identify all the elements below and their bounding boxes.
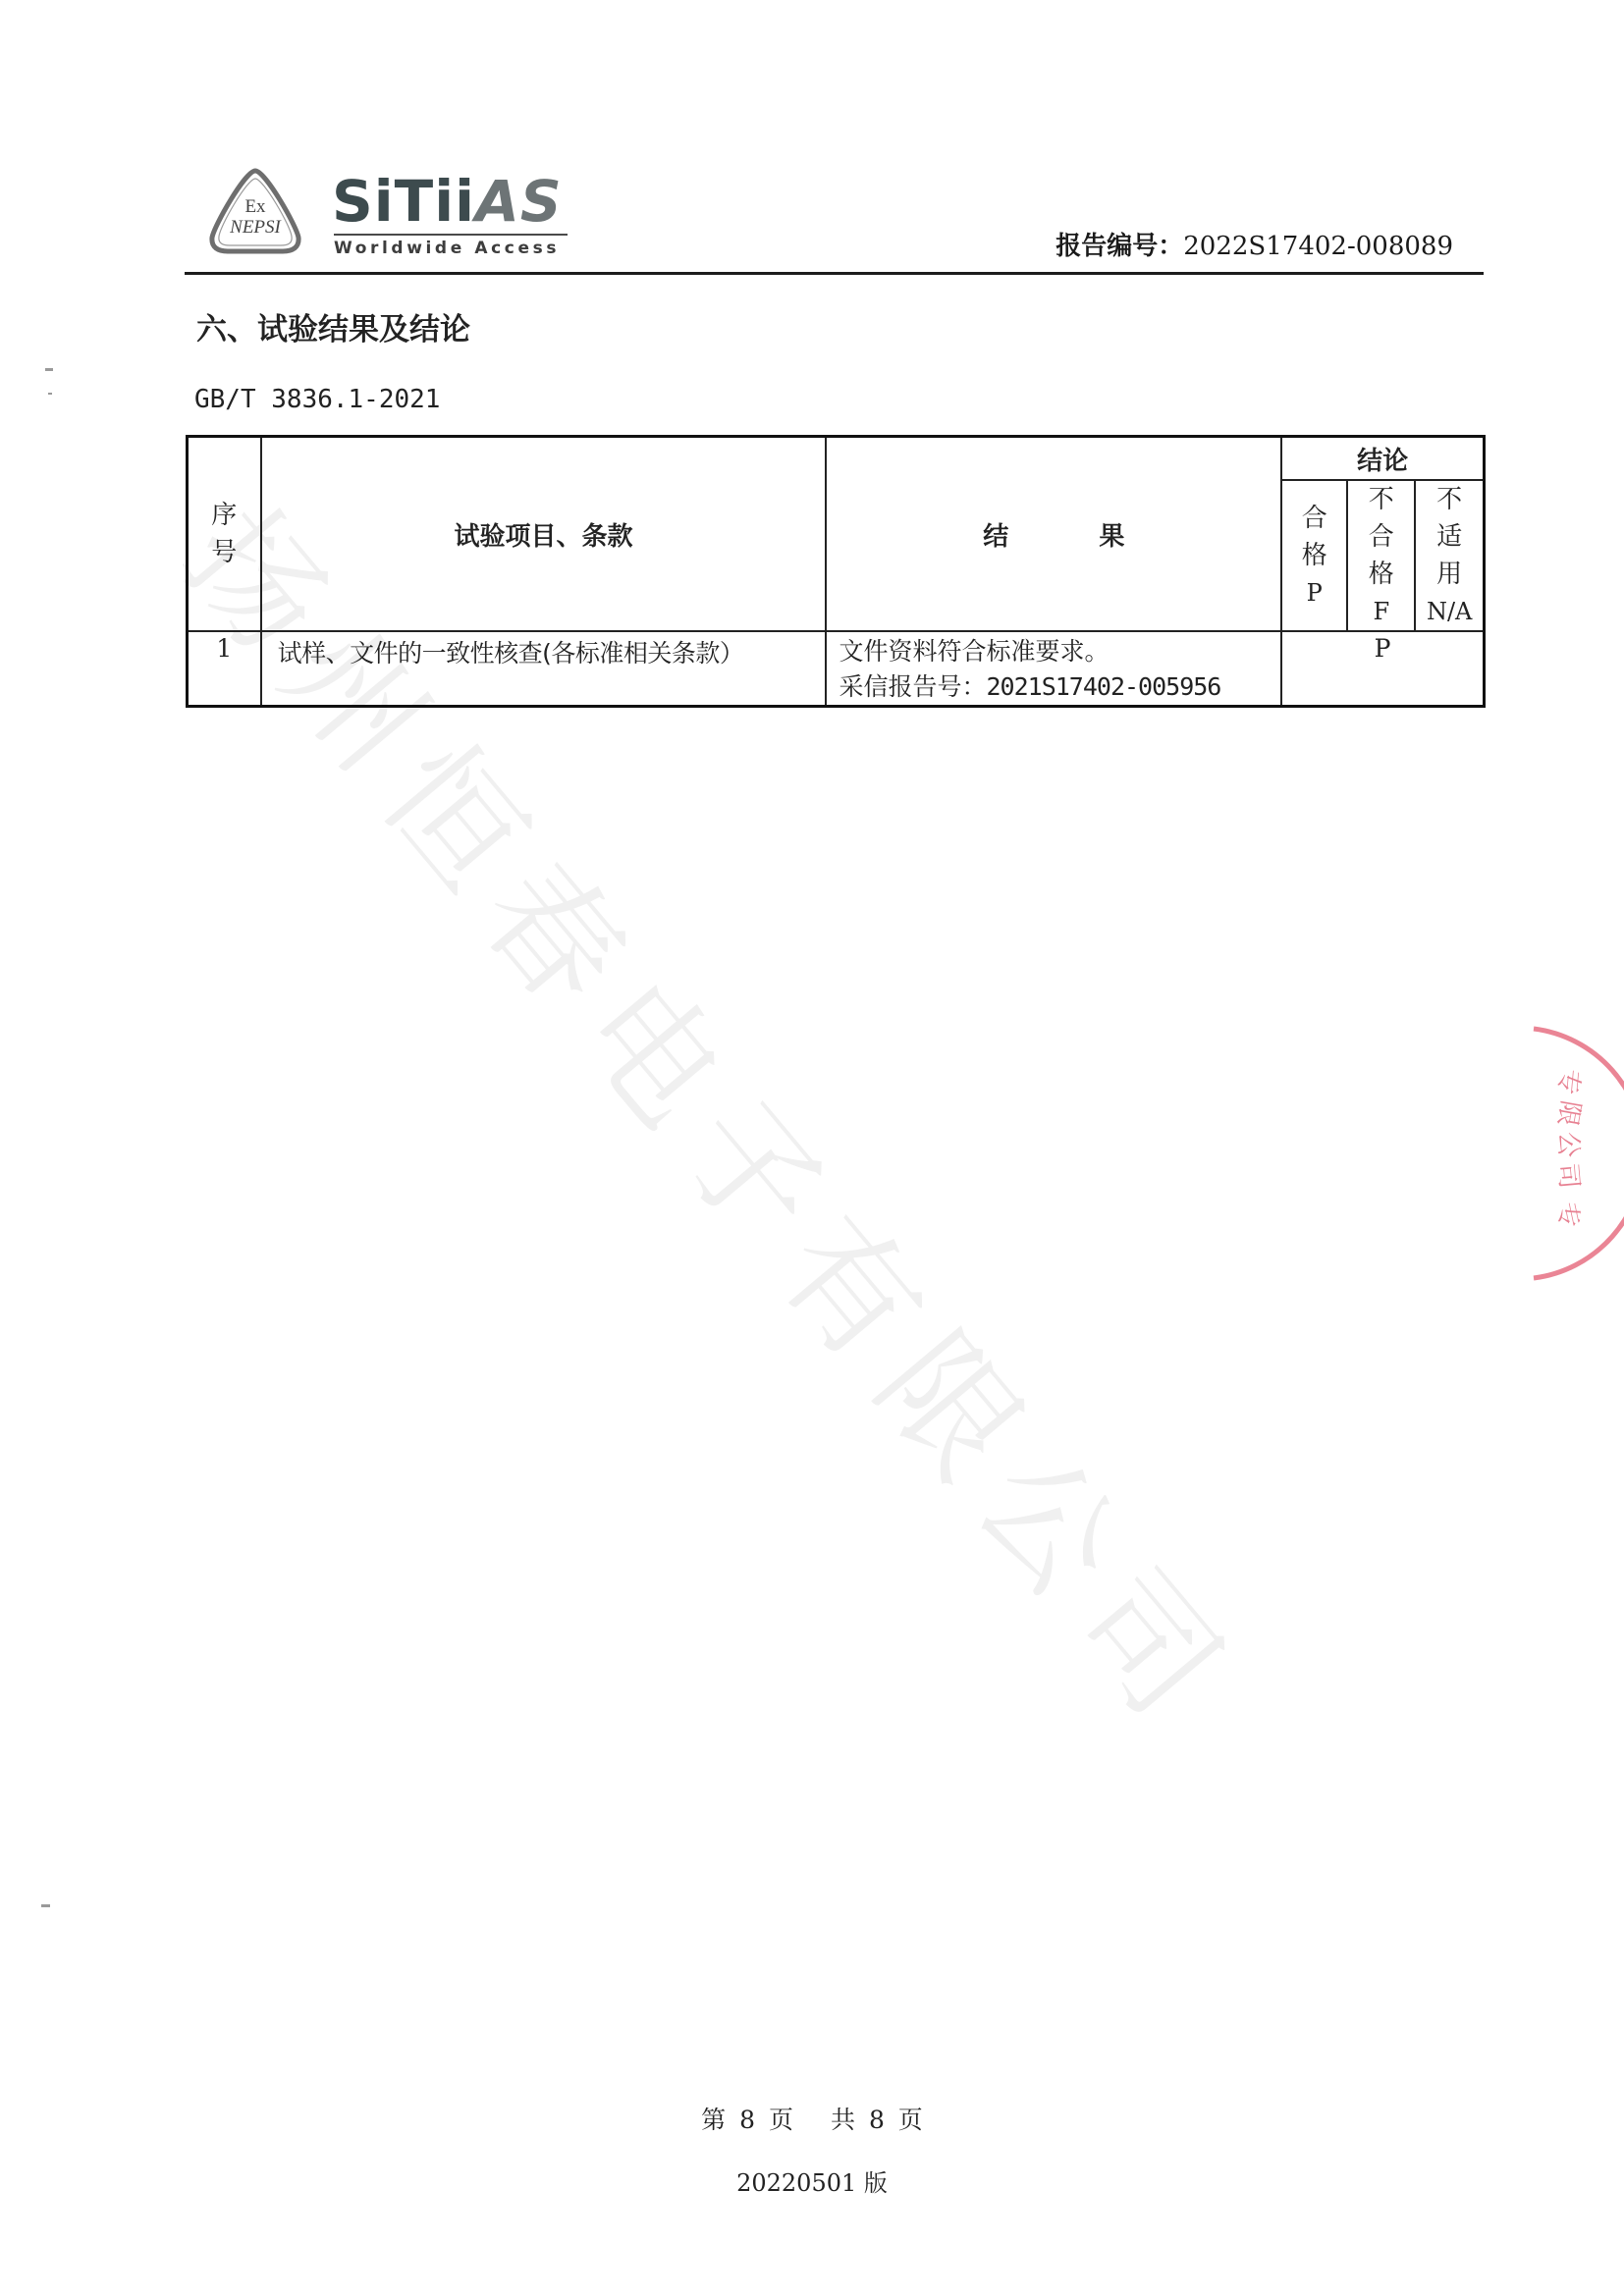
header-na-code: N/A [1416,593,1483,630]
row-test-item: 试样、文件的一致性核查(各标准相关条款） [261,631,827,707]
sitiias-logo: SiTiiAS Worldwide Access [332,177,568,258]
row-result-line1: 文件资料符合标准要求。 [839,634,1280,669]
page-total: 8 [869,2106,885,2134]
seal-char: 专 [1551,1068,1585,1100]
adopted-report-number: 2021S17402-005956 [986,672,1220,701]
form-version: 20220501 版 [0,2163,1624,2198]
report-number-value: 2022S17402-008089 [1183,232,1453,261]
header-fail-char: 格 [1348,556,1414,593]
row-conclusion: P [1281,631,1484,707]
header-fail: 不合格F [1347,480,1415,631]
header-fail-code: F [1348,593,1414,630]
emblem-ex: Ex [206,196,304,217]
row-result: 文件资料符合标准要求。 采信报告号：2021S17402-005956 [826,631,1281,707]
table-row: 1 试样、文件的一致性核查(各标准相关条款） 文件资料符合标准要求。 采信报告号… [188,631,1485,707]
header-test-item: 试验项目、条款 [261,437,827,632]
emblem-nepsi: NEPSI [206,217,304,238]
report-number-label: 报告编号： [1056,232,1183,261]
scan-speck [41,1904,50,1907]
header-na-char: 用 [1416,556,1483,593]
seal-char: 限 [1550,1097,1587,1132]
nepsi-emblem-logo: Ex NEPSI [206,167,304,255]
header-divider [185,272,1484,275]
standard-id: GB/T 3836.1-2021 [194,385,440,414]
page-prefix: 第 [701,2106,726,2134]
brand-name: SiTiiAS [332,177,568,228]
brand-name-part2: AS [475,168,563,235]
page-current: 8 [739,2106,755,2134]
seal-text: 专 限 公 司 专 [1553,1068,1583,1233]
page-indicator: 第 8 页 共 8 页 [0,2101,1624,2136]
page-suffix: 页 [769,2106,793,2134]
row-no: 1 [188,631,261,707]
header-no-char: 号 [189,534,260,571]
seal-char: 专 [1549,1200,1587,1235]
header-no: 序号 [188,437,261,632]
row-result-line2: 采信报告号：2021S17402-005956 [839,669,1280,705]
seal-char: 公 [1551,1131,1584,1161]
scan-speck [48,393,52,395]
header-result: 结果 [826,437,1281,632]
header-pass-char: 格 [1282,537,1346,574]
section-title: 六、试验结果及结论 [196,304,470,348]
total-prefix: 共 [831,2106,855,2134]
header-result-char: 结 [983,522,1008,552]
header-fail-char: 合 [1348,518,1414,556]
scan-speck [45,368,53,371]
seal-char: 司 [1551,1162,1585,1195]
total-suffix: 页 [898,2106,923,2134]
header-conclusion: 结论 [1281,437,1484,481]
brand-name-part1: SiTii [332,168,475,235]
header-no-char: 序 [189,497,260,534]
header-pass-char: 合 [1282,500,1346,537]
table-header-row: 序号 试验项目、条款 结果 结论 [188,437,1485,481]
header-result-char: 果 [1099,522,1124,552]
header-pass-code: P [1282,574,1346,612]
header-na-char: 适 [1416,518,1483,556]
brand-tagline: Worldwide Access [334,239,568,258]
header-not-applicable: 不适用N/A [1415,480,1484,631]
header-fail-char: 不 [1348,481,1414,518]
company-seal-stamp: 专 限 公 司 专 [1532,1021,1624,1286]
report-number: 报告编号：2022S17402-008089 [1056,226,1453,262]
header-pass: 合格P [1281,480,1347,631]
results-table: 序号 试验项目、条款 结果 结论 合格P 不合格F 不适用N/A 1 试样、文件… [186,435,1486,708]
header-na-char: 不 [1416,481,1483,518]
adopted-report-label: 采信报告号： [839,672,986,701]
